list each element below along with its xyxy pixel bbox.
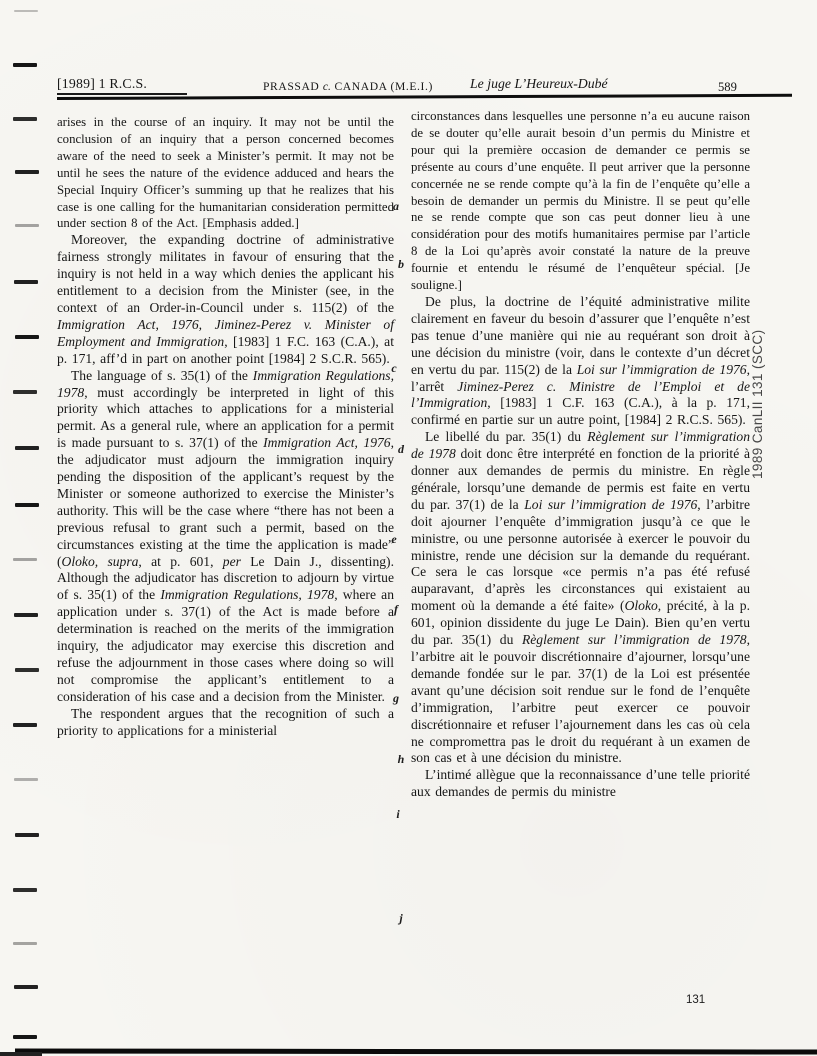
margin-letter-c: c — [387, 361, 401, 376]
header-page-number: 589 — [718, 80, 737, 95]
scan-mark — [15, 833, 39, 837]
paragraph: L’intimé allègue que la reconnaissance d… — [411, 767, 750, 801]
scanned-court-document-page: { "header": { "citation": "[1989] 1 R.C.… — [0, 0, 817, 1056]
scan-mark — [13, 117, 37, 121]
scan-mark — [15, 503, 39, 507]
margin-letter-i: i — [391, 807, 405, 822]
margin-letter-j: j — [394, 911, 408, 926]
paragraph: De plus, la doctrine de l’équité adminis… — [411, 294, 750, 429]
scan-mark — [13, 390, 37, 394]
scan-mark — [14, 280, 38, 284]
scan-mark — [13, 942, 37, 945]
margin-letter-g: g — [389, 691, 403, 706]
paragraph: arises in the course of an inquiry. It m… — [57, 114, 394, 232]
scan-mark — [13, 63, 37, 67]
bottom-scan-bar-left — [0, 1052, 42, 1056]
scan-mark — [13, 1035, 37, 1039]
judge-name: Le juge L’Heureux-Dubé — [470, 76, 608, 92]
french-text-column: circonstances dans lesquelles une person… — [411, 108, 750, 801]
paragraph: circonstances dans lesquelles une person… — [411, 108, 750, 294]
paragraph: The language of s. 35(1) of the Immigrat… — [57, 368, 394, 706]
case-respondent: CANADA (M.E.I.) — [334, 80, 433, 93]
paragraph: Moreover, the expanding doctrine of admi… — [57, 232, 394, 367]
english-text-column: arises in the course of an inquiry. It m… — [57, 114, 394, 740]
scan-mark — [13, 558, 37, 561]
report-citation: [1989] 1 R.C.S. — [57, 76, 147, 92]
case-appellant: PRASSAD — [263, 80, 319, 93]
margin-letter-b: b — [394, 257, 408, 272]
margin-letter-h: h — [394, 752, 408, 767]
margin-letter-a: a — [389, 199, 403, 214]
margin-letter-f: f — [389, 602, 403, 617]
scan-mark — [15, 170, 39, 174]
footer-page-number: 131 — [686, 994, 705, 1006]
case-versus: c. — [323, 80, 331, 93]
scan-mark — [15, 335, 39, 339]
case-title: PRASSAD c. CANADA (M.E.I.) — [263, 80, 433, 93]
scan-mark — [13, 888, 37, 892]
canlii-citation-vertical: 1989 CanLII 131 (SCC) — [750, 247, 772, 479]
margin-letter-e: e — [387, 532, 401, 547]
scan-mark — [15, 446, 39, 450]
paragraph: Le libellé du par. 35(1) du Règlement su… — [411, 429, 750, 767]
scan-mark — [14, 985, 38, 989]
paragraph: The respondent argues that the recogniti… — [57, 706, 394, 740]
margin-letter-d: d — [394, 442, 408, 457]
scan-mark — [15, 668, 39, 672]
scan-mark — [14, 778, 38, 781]
scan-mark — [14, 10, 38, 12]
scan-mark — [14, 613, 38, 617]
scan-mark — [13, 723, 37, 727]
citation-underline-rule — [57, 93, 187, 95]
scan-mark — [15, 224, 39, 227]
